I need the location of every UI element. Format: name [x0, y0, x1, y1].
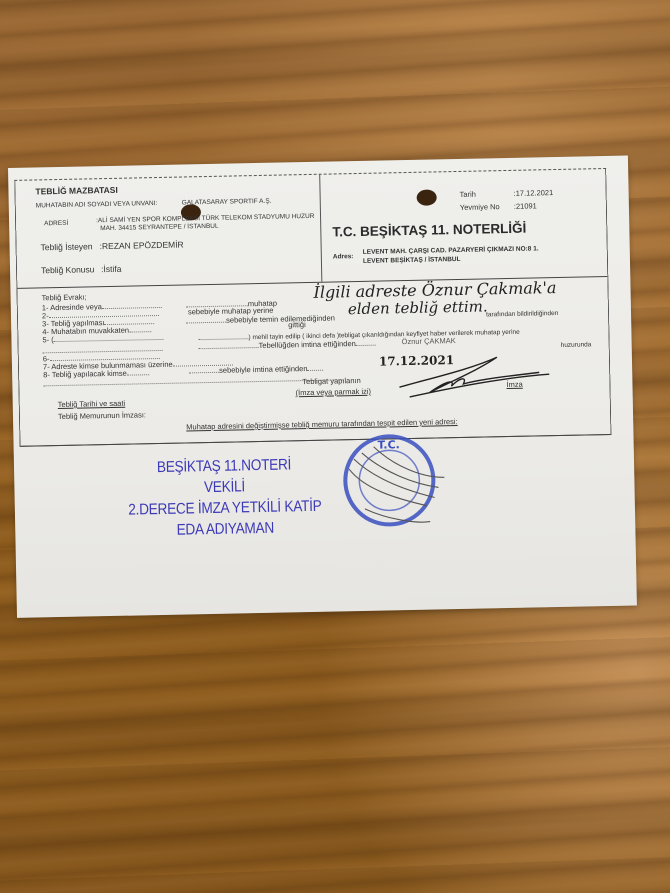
officer-sign-label: Tebliğ Memurunun İmzası:: [58, 410, 146, 421]
subject-label: Tebliğ Konusu: [41, 264, 95, 275]
date-time-label: Tebliğ Tarihi ve saati: [58, 399, 126, 409]
form-frame: TEBLİĞ MAZBATASI MUHATABIN ADI SOYADI VE…: [14, 168, 611, 447]
notary-office-title: T.C. BEŞİKTAŞ 11. NOTERLİĞİ: [332, 221, 526, 240]
journal-value: :21091: [514, 201, 537, 210]
notary-seal: T.C.: [333, 427, 455, 539]
recipient-value: GALATASARAY SPORTIF A.Ş.: [182, 198, 272, 207]
served-person-label: Tebligat yapılanın: [302, 376, 361, 386]
address-line-2: MAH. 34415 SEYRANTEPE / İSTANBUL: [100, 223, 218, 232]
notary-clerk-stamp: BEŞİKTAŞ 11.NOTERİ VEKİLİ 2.DERECE İMZA …: [109, 453, 339, 542]
sign-hint: (İmza veya parmak izi): [295, 387, 371, 398]
svg-text:T.C.: T.C.: [377, 438, 400, 451]
requester-value: :REZAN EPÖZDEMİR: [99, 239, 183, 251]
notary-address-label: Adres:: [333, 253, 354, 260]
recipient-label: MUHATABIN ADI SOYADI VEYA UNVANI:: [36, 200, 158, 209]
handwritten-note-line-2: elden tebliğ ettim.: [348, 297, 488, 318]
notary-address-line-1: LEVENT MAH. ÇARŞI CAD. PAZARYERİ ÇIKMAZI…: [363, 245, 539, 256]
form-title: TEBLİĞ MAZBATASI: [35, 185, 118, 197]
served-person-name: Öznur ÇAKMAK: [401, 336, 455, 346]
journal-label: Yevmiye No: [460, 202, 500, 212]
notification-document: TEBLİĞ MAZBATASI MUHATABIN ADI SOYADI VE…: [8, 156, 637, 618]
notary-address-line-2: LEVENT BEŞİKTAŞ / İSTANBUL: [363, 256, 461, 265]
line-refusal: Tebellüğden imtina ettiğinden: [199, 338, 376, 352]
address-label: ADRESİ: [44, 220, 68, 227]
requester-label: Tebliğ İsteyen: [40, 241, 92, 252]
signature: [389, 350, 560, 403]
date-value: :17.12.2021: [514, 188, 554, 198]
subject-value: :İstifa: [101, 264, 122, 274]
date-label: Tarih: [460, 190, 476, 199]
